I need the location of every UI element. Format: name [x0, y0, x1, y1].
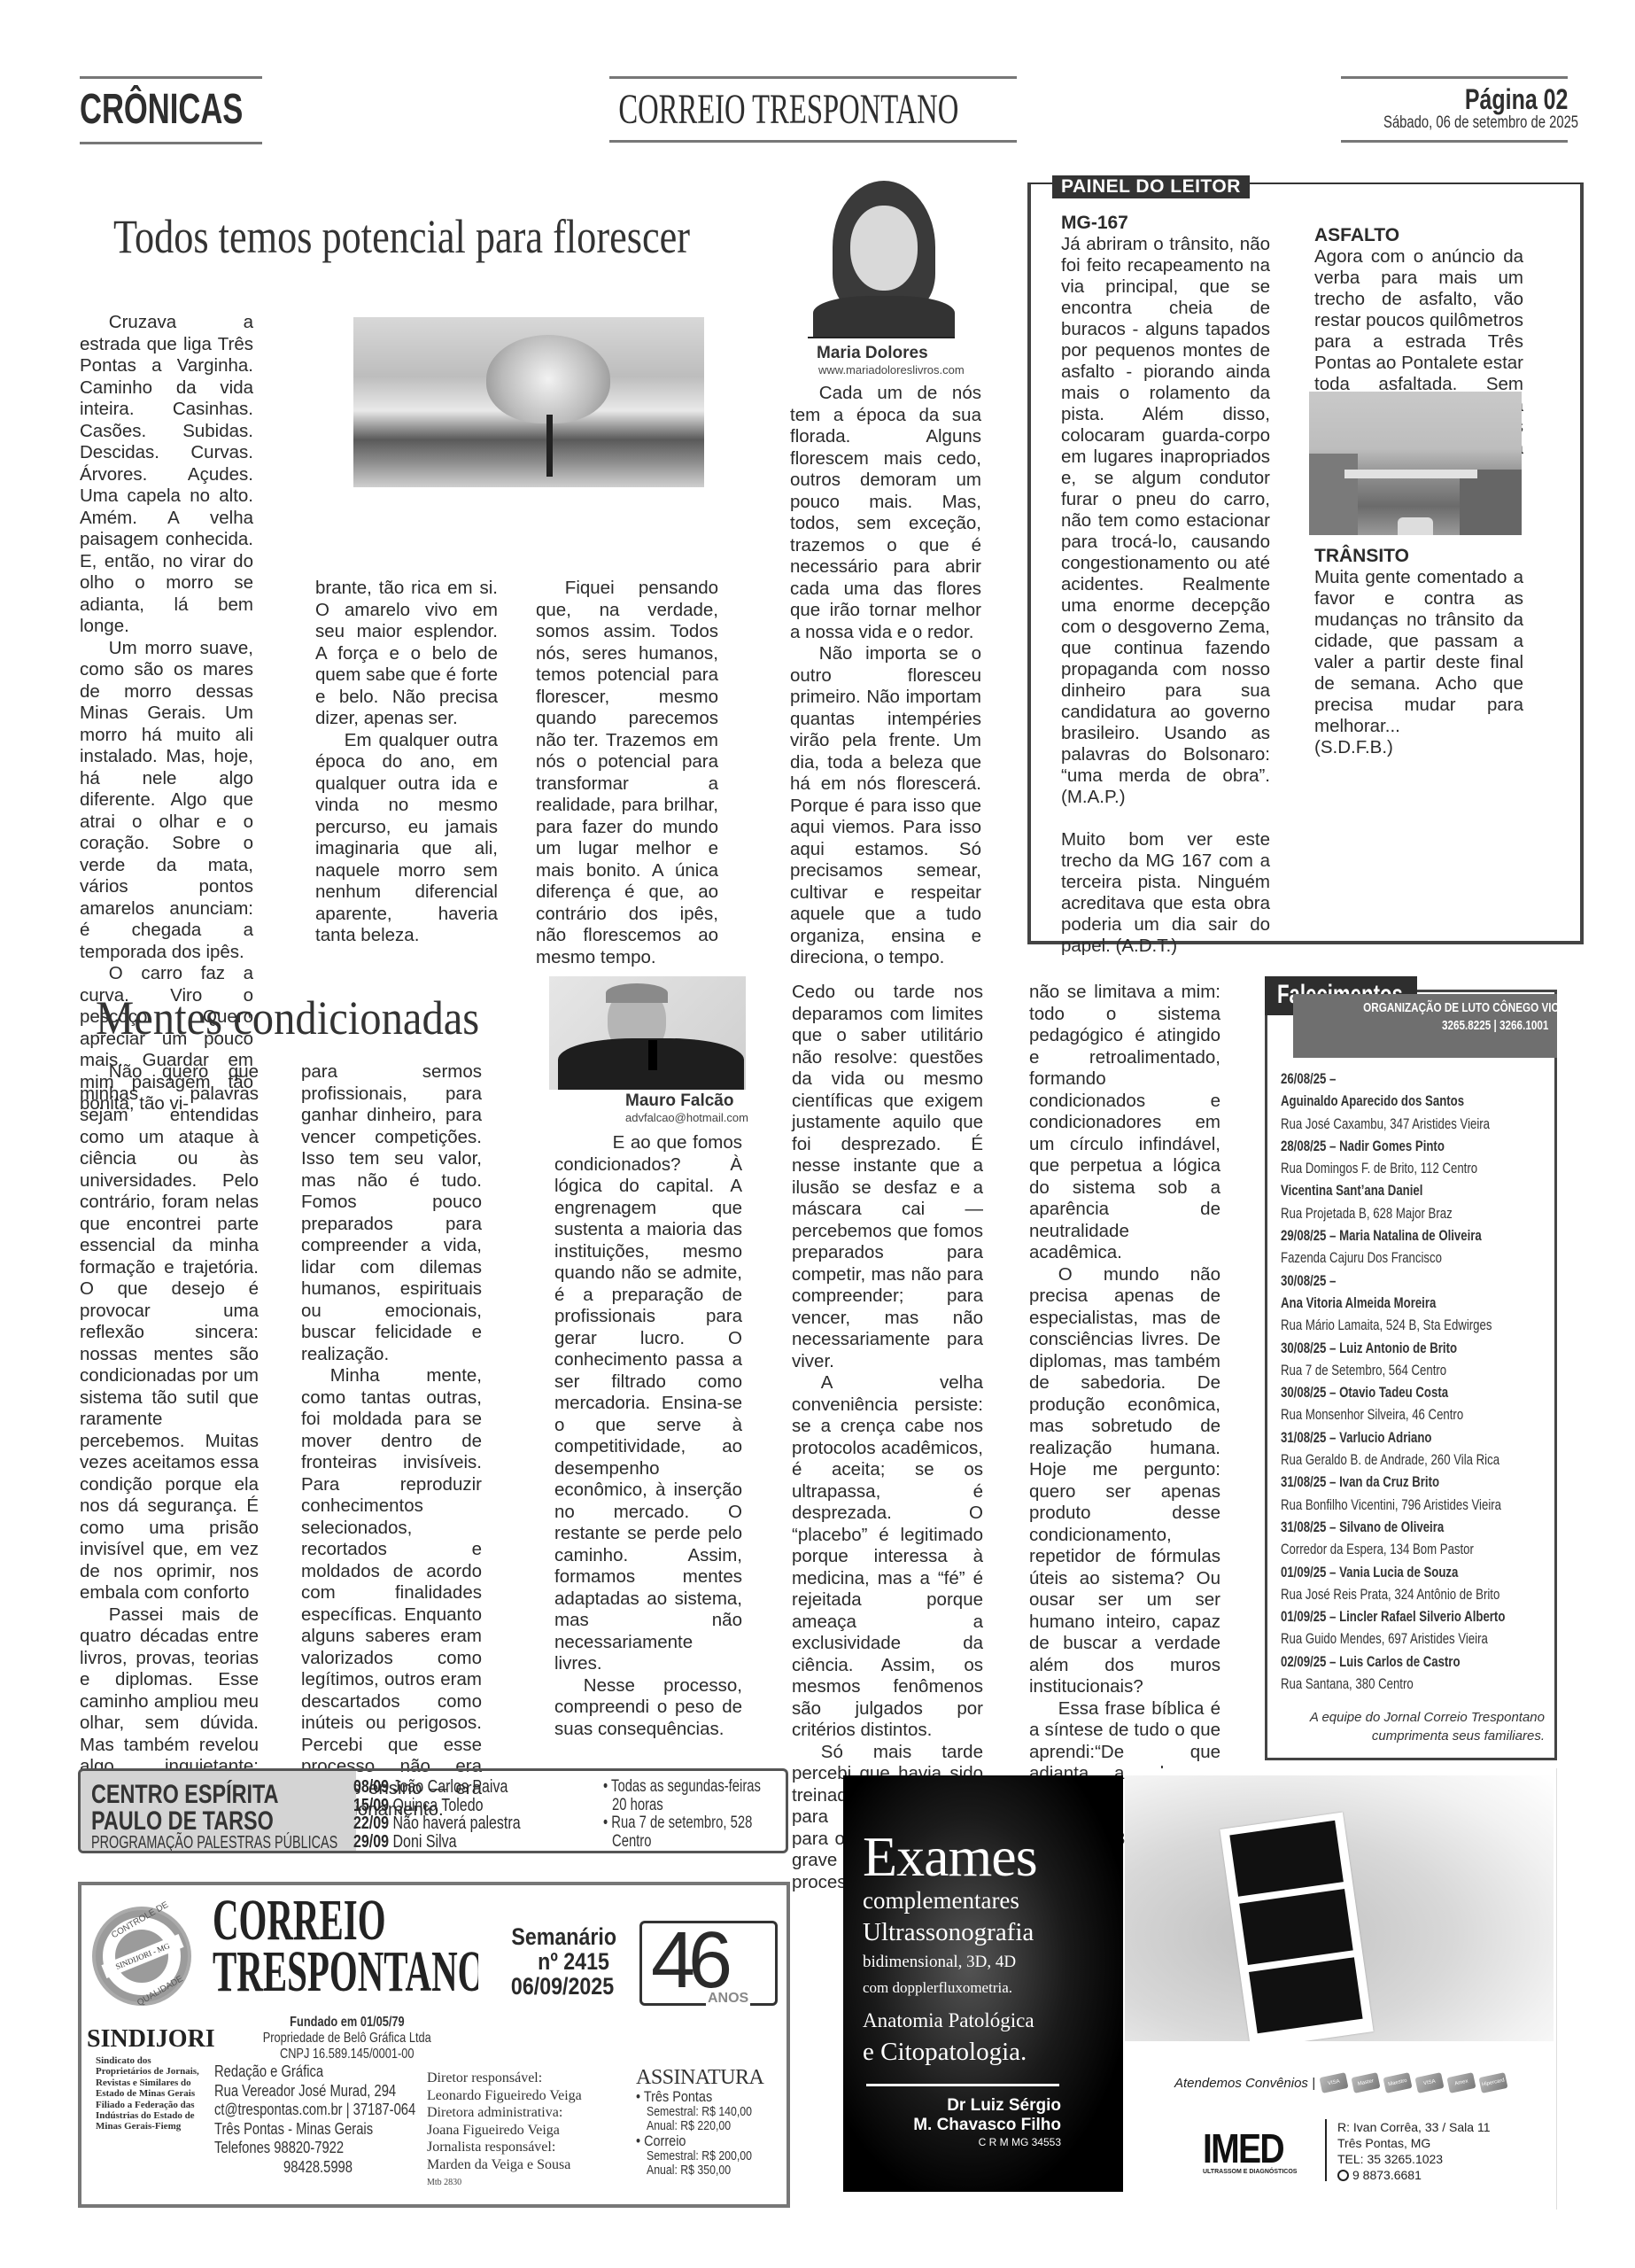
sub-price: Semestral: R$ 200,00	[647, 2149, 752, 2163]
staff-line: Diretor responsável:	[427, 2070, 613, 2087]
obituary-date: 30/08/25 –	[1281, 1385, 1336, 1401]
info-line: • Rua 7 de setembro, 528	[603, 1814, 752, 1833]
paragraph: Cada um de nós tem a época da sua florad…	[790, 383, 981, 643]
issue-date: 06/09/2025	[511, 1974, 614, 1999]
obituary-entry: 31/08/25 – Silvano de OliveiraCorredor d…	[1281, 1517, 1555, 1562]
obituary-name-line: 30/08/25 – Otavio Tadeu Costa	[1281, 1382, 1555, 1404]
ad-line: e Citopatologia.	[863, 2036, 1075, 2068]
ad-line: bidimensional, 3D, 4D	[863, 1949, 1075, 1976]
obituary-name-line: 30/08/25 – Luiz Antonio de Brito	[1281, 1338, 1555, 1360]
newsroom-line: Telefones 98820-7922	[214, 2139, 344, 2158]
obituary-address: Rua Projetada B, 628 Major Braz	[1281, 1203, 1555, 1225]
obituary-entry: 26/08/25 –Aguinaldo Aparecido dos Santos…	[1281, 1068, 1555, 1136]
author2-byline: Mauro Falcão advfalcao@hotmail.com	[620, 1091, 746, 1124]
spiritist-subtitle: PROGRAMAÇÃO PALESTRAS PÚBLICAS	[91, 1833, 337, 1853]
sub-region-name: Correio	[644, 2132, 686, 2149]
lecture-date: 22/09	[353, 1814, 389, 1833]
obituary-name-line: 01/09/25 – Vania Lucia de Souza	[1281, 1562, 1555, 1584]
obituary-name-line: 31/08/25 – Ivan da Cruz Brito	[1281, 1472, 1555, 1494]
masthead-rule	[80, 76, 262, 79]
obituary-entry: 30/08/25 –Ana Vitoria Almeida MoreiraRua…	[1281, 1270, 1555, 1338]
card-logos: VISAMasterMaestroVISAAmexHipercard	[1321, 2075, 1507, 2091]
doctor-name: M. Chavasco Filho	[861, 2116, 1061, 2135]
obituary-address-text: Corredor da Espera, 134 Bom Pastor	[1281, 1539, 1474, 1561]
whatsapp-number: 9 8873.6681	[1352, 2168, 1422, 2182]
newsroom-line: Três Pontas - Minas Gerais	[214, 2120, 373, 2140]
page-number: Página 02	[1464, 83, 1568, 116]
obituary-entry: 02/09/25 – Luis Carlos de CastroRua Sant…	[1281, 1651, 1555, 1697]
info-text: 20 horas	[612, 1797, 663, 1815]
doctor-crm: C R M MG 34553	[861, 2135, 1061, 2149]
doctor-name: Dr Luiz Sérgio	[861, 2096, 1061, 2116]
obituary-name: Silvano de Oliveira	[1339, 1519, 1444, 1535]
author-photo-maria-dolores	[808, 179, 955, 338]
obituary-name: Maria Natalina de Oliveira	[1339, 1228, 1482, 1244]
obituary-name-line: Aguinaldo Aparecido dos Santos	[1281, 1091, 1555, 1113]
ad-headline-block: Exames complementares Ultrassonografia b…	[863, 1829, 1075, 2068]
page-date: Sábado, 06 de setembro de 2025	[1383, 113, 1578, 133]
obituary-name-line: 31/08/25 – Silvano de Oliveira	[1281, 1517, 1555, 1539]
imed-logo: IMED ULTRASSOM E DIAGNÓSTICOS	[1203, 2128, 1318, 2175]
obituary-address-text: Rua José Reis Prata, 324 Antônio de Brit…	[1281, 1584, 1499, 1606]
obituaries-footer: A equipe do Jornal Correio Trespontano c…	[1275, 1708, 1545, 1745]
paragraph: Um morro suave, como são os mares de mor…	[80, 638, 253, 964]
credit-card-icon: Maestro	[1383, 2072, 1412, 2093]
obituary-name-line: 30/08/25 –	[1281, 1270, 1555, 1293]
paragraph: Nesse processo, compreendi o peso de sua…	[554, 1675, 742, 1741]
insurance-label: Atendemos Convênios |	[1174, 2076, 1315, 2091]
anniversary-label: ANOS	[706, 1991, 750, 2007]
obituary-entry: 28/08/25 – Nadir Gomes PintoRua Domingos…	[1281, 1136, 1555, 1181]
subscription-info: ASSINATURA • Três Pontas Semestral: R$ 1…	[636, 2066, 787, 2178]
funeral-home-name: ORGANIZAÇÃO DE LUTO CÔNEGO VICTOR	[1363, 999, 1580, 1017]
obituary-name: Nadir Gomes Pinto	[1339, 1138, 1445, 1154]
article2-col1: Não quero que minhas palavras sejam ente…	[80, 1061, 259, 1799]
obituary-name: Aguinaldo Aparecido dos Santos	[1281, 1093, 1464, 1109]
obituary-address: Rua José Reis Prata, 324 Antônio de Brit…	[1281, 1584, 1555, 1606]
newsroom-contact: Redação e GráficaRua Vereador José Murad…	[214, 2062, 418, 2177]
article1-col2: brante, tão rica em si. O amarelo vivo e…	[315, 578, 498, 947]
author-byline: Maria Dolores www.mariadoloreslivros.com	[817, 344, 965, 377]
staff-line: Diretora administrativa:	[427, 2104, 613, 2122]
spiritist-title-line: CENTRO ESPÍRITA	[91, 1780, 278, 1810]
lecture-speaker: Doni Silva	[393, 1832, 457, 1852]
lecture-speaker: Não haverá palestra	[393, 1814, 521, 1833]
street-transit-photo	[1309, 392, 1522, 535]
newsroom-line: ct@trespontas.com.br | 37187-064	[214, 2101, 415, 2120]
section-title: CRÔNICAS	[80, 85, 243, 134]
info-text: Centro	[612, 1833, 651, 1852]
obituary-name: Varlucio Adriano	[1339, 1430, 1431, 1446]
lecture-row: 08/09 João Carlos Paiva	[353, 1778, 531, 1797]
obituary-address: Rua Geraldo B. de Andrade, 260 Vila Rica	[1281, 1449, 1555, 1472]
sindijori-desc-line: Sindicato dos	[96, 2055, 211, 2066]
paragraph: E ao que fomos condicionados? À lógica d…	[554, 1132, 742, 1675]
anniversary-badge: 46 ANOS	[639, 1921, 778, 2006]
credit-card-icon: Master	[1351, 2072, 1380, 2093]
obituary-name-line: 02/09/25 – Luis Carlos de Castro	[1281, 1651, 1555, 1674]
ad-title: Exames	[863, 1829, 1075, 1885]
obituary-address-text: Rua José Caxambu, 347 Aristides Vieira	[1281, 1114, 1490, 1136]
obituary-address: Rua Mário Lamaita, 524 B, Sta Edwirges	[1281, 1315, 1555, 1337]
paragraph: não se limitava a mim: todo o sistema pe…	[1029, 982, 1220, 1264]
obituary-name-line: 26/08/25 –	[1281, 1068, 1555, 1091]
staff-line: Joana Figueiredo Veiga	[427, 2122, 613, 2140]
article2-col5: não se limitava a mim: todo o sistema pe…	[1029, 982, 1220, 1850]
paragraph: Não quero que minhas palavras sejam ente…	[80, 1061, 259, 1604]
obituary-list: 26/08/25 –Aguinaldo Aparecido dos Santos…	[1281, 1068, 1555, 1696]
obituary-address-text: Fazenda Cajuru Dos Francisco	[1281, 1247, 1442, 1270]
obituary-name-line: 31/08/25 – Varlucio Adriano	[1281, 1427, 1555, 1449]
spiritist-title-line: PAULO DE TARSO	[91, 1806, 274, 1837]
masthead-rule	[1341, 76, 1568, 79]
obituary-address: Fazenda Cajuru Dos Francisco	[1281, 1247, 1555, 1270]
paragraph: para sermos profissionais, para ganhar d…	[301, 1061, 482, 1365]
newsroom-line: 98428.5998	[283, 2158, 353, 2178]
ad-doctor: Dr Luiz Sérgio M. Chavasco Filho C R M M…	[861, 2096, 1061, 2149]
imed-whatsapp: 9 8873.6681	[1337, 2167, 1491, 2183]
credit-card-icon: Hipercard	[1478, 2072, 1507, 2093]
obituary-address-text: Rua Bonfilho Vicentini, 796 Aristides Vi…	[1281, 1495, 1501, 1517]
obituaries-footer-line: A equipe do Jornal Correio Trespontano	[1275, 1708, 1545, 1727]
obituary-name: Luiz Antonio de Brito	[1339, 1340, 1457, 1356]
ad-line: Ultrassonografia	[863, 1915, 1075, 1949]
sindijori-desc-line: Estado de Minas Gerais	[96, 2088, 211, 2099]
section-title-wrap: CRÔNICAS	[80, 85, 266, 138]
spiritist-center-title: CENTRO ESPÍRITA PAULO DE TARSO PROGRAMAÇ…	[91, 1780, 357, 1853]
letter-text: Muito bom ver este trecho da MG 167 com …	[1061, 829, 1270, 957]
obituary-name-line: Ana Vitoria Almeida Moreira	[1281, 1293, 1555, 1315]
letter-text: Muita gente comentado a favor e contra a…	[1314, 567, 1523, 737]
credit-card-icon: Amex	[1446, 2072, 1476, 2093]
lecture-speaker: João Carlos Paiva	[393, 1777, 508, 1797]
sindijori-desc-line: Proprietários de Jornais,	[96, 2066, 211, 2077]
founded-date: Fundado em 01/05/79	[290, 2015, 404, 2031]
obituary-date: 31/08/25 –	[1281, 1430, 1336, 1446]
obituary-name: Luis Carlos de Castro	[1339, 1654, 1460, 1670]
ad-line: complementares	[863, 1885, 1075, 1915]
info-text: Rua 7 de setembro, 528	[611, 1814, 752, 1832]
page-info: Página 02 Sábado, 06 de setembro de 2025	[1329, 83, 1568, 133]
masthead-rule	[1341, 140, 1568, 143]
obituary-address: Rua Guido Mendes, 697 Aristides Vieira	[1281, 1628, 1555, 1651]
imed-address: R: Ivan Corrêa, 33 / Sala 11	[1337, 2119, 1491, 2135]
paper-name: CORREIO TRESPONTANO	[618, 85, 958, 134]
lecture-row: 29/09 Doni Silva	[353, 1833, 531, 1852]
ipe-tree-photo	[353, 317, 704, 487]
paragraph: Cedo ou tarde nos deparamos com limites …	[792, 982, 983, 1372]
obituary-entry: Vicentina Sant’ana DanielRua Projetada B…	[1281, 1180, 1555, 1225]
info-line: • Todas as segundas-feiras	[603, 1778, 761, 1797]
obituary-entry: 01/09/25 – Vania Lucia de SouzaRua José …	[1281, 1562, 1555, 1607]
obituary-address-text: Rua Geraldo B. de Andrade, 260 Vila Rica	[1281, 1449, 1499, 1472]
imed-city: Três Pontas, MG	[1337, 2135, 1491, 2151]
obituary-address-text: Rua 7 de Setembro, 564 Centro	[1281, 1360, 1446, 1382]
lecture-date: 08/09	[353, 1777, 389, 1797]
obituary-address: Corredor da Espera, 134 Bom Pastor	[1281, 1539, 1555, 1561]
masthead-rule	[609, 76, 1017, 79]
letter-text: Já abriram o trânsito, não foi feito rec…	[1061, 234, 1270, 808]
imed-phone: TEL: 35 3265.1023	[1337, 2151, 1491, 2167]
paragraph: Em qualquer outra época do ano, em qualq…	[315, 730, 498, 947]
obituary-date: 01/09/25 –	[1281, 1565, 1336, 1581]
obituary-entry: 31/08/25 – Varlucio AdrianoRua Geraldo B…	[1281, 1427, 1555, 1472]
credit-card-icon: VISA	[1319, 2072, 1348, 2093]
owner: Propriedade de Belô Gráfica Ltda	[263, 2031, 431, 2047]
painel-col2b: TRÂNSITO Muita gente comentado a favor e…	[1314, 546, 1523, 758]
sub-region: • Correio	[636, 2133, 686, 2149]
obituary-entry: 01/09/25 – Lincler Rafael Silverio Alber…	[1281, 1606, 1555, 1651]
ad-line: Anatomia Patológica	[863, 2006, 1075, 2036]
letter-title: TRÂNSITO	[1314, 546, 1523, 567]
obituary-date: 26/08/25 –	[1281, 1071, 1336, 1087]
article1-col4: Cada um de nós tem a época da sua florad…	[790, 383, 981, 969]
article2-col4: Cedo ou tarde nos deparamos com limites …	[792, 982, 983, 1893]
funeral-home-phones: 3265.8225 | 3266.1001	[1442, 1017, 1548, 1035]
obituary-date: 01/09/25 –	[1281, 1609, 1336, 1625]
author-name: Mauro Falcão	[625, 1091, 746, 1111]
letter-title: MG-167	[1061, 213, 1270, 234]
spiritist-info: • Todas as segundas-feiras 20 horas • Ru…	[603, 1778, 788, 1851]
obituary-entry: 31/08/25 – Ivan da Cruz BritoRua Bonfilh…	[1281, 1472, 1555, 1517]
obituary-address-text: Rua Santana, 380 Centro	[1281, 1674, 1414, 1696]
quality-seal: SINDIJORI - MG CONTROLE DE QUALIDADE	[92, 1907, 191, 2006]
obituary-name: Vania Lucia de Souza	[1339, 1565, 1458, 1581]
obituary-address-text: Rua Monsenhor Silveira, 46 Centro	[1281, 1404, 1463, 1426]
author-name: Maria Dolores	[817, 344, 965, 363]
masthead-rule	[80, 142, 262, 144]
article2-col2: para sermos profissionais, para ganhar d…	[301, 1061, 482, 1821]
obituary-name: Ana Vitoria Almeida Moreira	[1281, 1295, 1436, 1311]
author-email[interactable]: advfalcao@hotmail.com	[625, 1111, 746, 1124]
paragraph: Cruzava a estrada que liga Três Pontas a…	[80, 312, 253, 638]
obituary-address: Rua José Caxambu, 347 Aristides Vieira	[1281, 1114, 1555, 1136]
lecture-speaker: Quinca Toledo	[393, 1796, 484, 1815]
paragraph: O mundo não precisa apenas de especialis…	[1029, 1264, 1220, 1698]
sindijori-desc-line: Filiado a Federação das	[96, 2100, 211, 2110]
obituary-name-line: Vicentina Sant’ana Daniel	[1281, 1180, 1555, 1202]
author-photo-mauro-falcao	[549, 976, 746, 1090]
weekly-label: Semanário	[511, 1924, 616, 1949]
newsroom-line: Redação e Gráfica	[214, 2062, 323, 2082]
obituary-date: 30/08/25 –	[1281, 1340, 1336, 1356]
staff-line: Jornalista responsável:	[427, 2139, 613, 2156]
newsroom-line: Rua Vereador José Murad, 294	[214, 2082, 396, 2101]
article1-headline: Todos temos potencial para florescer	[113, 209, 690, 264]
logo-line: TRESPONTANO	[213, 1946, 478, 1997]
paragraph: Minha mente, como tantas outras, foi mol…	[301, 1365, 482, 1821]
obituary-date: 02/09/25 –	[1281, 1654, 1336, 1670]
paper-name-wrap: CORREIO TRESPONTANO	[609, 85, 1017, 138]
paragraph: Não importa se o outro floresceu primeir…	[790, 643, 981, 969]
painel-do-leitor-title: PAINEL DO LEITOR	[1052, 175, 1250, 198]
obituary-name: Ivan da Cruz Brito	[1339, 1474, 1439, 1490]
imed-contact: R: Ivan Corrêa, 33 / Sala 11 Três Pontas…	[1337, 2119, 1491, 2183]
obituary-address-text: Rua Domingos F. de Brito, 112 Centro	[1281, 1158, 1477, 1180]
obituary-date: 30/08/25 –	[1281, 1273, 1336, 1289]
obituary-address: Rua Domingos F. de Brito, 112 Centro	[1281, 1158, 1555, 1180]
sindijori-title: SINDIJORI	[87, 2025, 215, 2054]
sub-price: Semestral: R$ 140,00	[647, 2105, 752, 2119]
obituary-address-text: Rua Projetada B, 628 Major Braz	[1281, 1203, 1453, 1225]
lecture-schedule: 08/09 João Carlos Paiva15/09 Quinca Tole…	[353, 1778, 531, 1851]
obituary-address: Rua Monsenhor Silveira, 46 Centro	[1281, 1404, 1555, 1426]
obituaries-footer-line: cumprimenta seus familiares.	[1275, 1727, 1545, 1745]
brand-name: IMED	[1203, 2128, 1301, 2169]
funeral-home-banner: ORGANIZAÇÃO DE LUTO CÔNEGO VICTOR 3265.8…	[1293, 994, 1557, 1058]
obituary-address-text: Rua Guido Mendes, 697 Aristides Vieira	[1281, 1628, 1488, 1651]
whatsapp-icon	[1337, 2170, 1349, 2181]
sindijori-desc-line: Indústrias do Estado de	[96, 2110, 211, 2121]
subscription-title: ASSINATURA	[636, 2066, 787, 2089]
obituary-address: Rua Santana, 380 Centro	[1281, 1674, 1555, 1696]
painel-col1: MG-167 Já abriram o trânsito, não foi fe…	[1061, 213, 1270, 957]
obituary-address: Rua 7 de Setembro, 564 Centro	[1281, 1360, 1555, 1382]
insurance-row: Atendemos Convênios | VISAMasterMaestroV…	[1174, 2075, 1507, 2091]
obituary-entry: 30/08/25 – Luiz Antonio de BritoRua 7 de…	[1281, 1338, 1555, 1383]
article2-headline: Mentes condicionadas	[96, 990, 479, 1045]
imed-advertisement: Atendemos Convênios | VISAMasterMaestroV…	[1125, 1768, 1557, 2210]
author-website[interactable]: www.mariadoloreslivros.com	[818, 363, 965, 377]
obituary-name-line: 01/09/25 – Lincler Rafael Silverio Alber…	[1281, 1606, 1555, 1628]
spiritist-center-box: CENTRO ESPÍRITA PAULO DE TARSO PROGRAMAÇ…	[78, 1768, 788, 1853]
pregnancy-ultrasound-photo	[1125, 1775, 1554, 2041]
obituary-name: Vicentina Sant’ana Daniel	[1281, 1183, 1422, 1199]
staff-line: Leonardo Figueiredo Veiga	[427, 2087, 613, 2105]
letter-signature: (S.D.F.B.)	[1314, 737, 1523, 758]
letter-title: ASFALTO	[1314, 225, 1523, 246]
obituary-entry: 30/08/25 – Otavio Tadeu CostaRua Monsenh…	[1281, 1382, 1555, 1427]
founding-info: Fundado em 01/05/79 Propriedade de Belô …	[214, 2015, 480, 2062]
ad-separator	[1325, 2119, 1327, 2181]
obituary-date: 29/08/25 –	[1281, 1228, 1336, 1244]
obituary-name-line: 28/08/25 – Nadir Gomes Pinto	[1281, 1136, 1555, 1158]
obituary-name: Lincler Rafael Silverio Alberto	[1339, 1609, 1505, 1625]
obituary-date: 28/08/25 –	[1281, 1138, 1336, 1154]
issue-number: nº 2415	[538, 1949, 609, 1974]
lecture-date: 15/09	[353, 1796, 389, 1815]
obituary-date: 31/08/25 –	[1281, 1474, 1336, 1490]
obituary-name: Otavio Tadeu Costa	[1339, 1385, 1448, 1401]
info-text: Todas as segundas-feiras	[611, 1777, 761, 1796]
obituary-address: Rua Bonfilho Vicentini, 796 Aristides Vi…	[1281, 1495, 1555, 1517]
credit-card-icon: VISA	[1414, 2072, 1444, 2093]
sub-region-name: Três Pontas	[644, 2088, 712, 2105]
sindijori-desc-line: Revistas e Similares do	[96, 2078, 211, 2088]
masthead-rule	[609, 140, 1017, 143]
staff-list: Diretor responsável:Leonardo Figueiredo …	[427, 2070, 613, 2173]
obituary-address-text: Rua Mário Lamaita, 524 B, Sta Edwirges	[1281, 1315, 1492, 1337]
staff-line: Marden da Veiga e Sousa	[427, 2156, 613, 2174]
article1-col3: Fiquei pensando que, na verdade, somos a…	[536, 578, 718, 968]
lecture-row: 15/09 Quinca Toledo	[353, 1797, 531, 1815]
paragraph: Fiquei pensando que, na verdade, somos a…	[536, 578, 718, 968]
lecture-row: 22/09 Não haverá palestra	[353, 1814, 531, 1833]
ad-divider	[866, 2084, 1059, 2086]
issue-info: Semanário nº 2415 06/09/2025	[494, 1924, 609, 1999]
paper-logo: CORREIO TRESPONTANO	[213, 1894, 478, 1997]
obituary-name-line: 29/08/25 – Maria Natalina de Oliveira	[1281, 1225, 1555, 1247]
sindijori-desc: Sindicato dosProprietários de Jornais,Re…	[96, 2055, 211, 2132]
exams-advertisement: Exames complementares Ultrassonografia b…	[843, 1775, 1123, 2192]
mtb: Mtb 2830	[427, 2178, 461, 2187]
cnpj: CNPJ 16.589.145/0001-00	[280, 2047, 415, 2062]
paragraph: brante, tão rica em si. O amarelo vivo e…	[315, 578, 498, 730]
obituary-entry: 29/08/25 – Maria Natalina de OliveiraFaz…	[1281, 1225, 1555, 1270]
paragraph: A velha conveniência persiste: se a cren…	[792, 1372, 983, 1742]
sub-price: Anual: R$ 350,00	[647, 2163, 731, 2178]
article2-col3: E ao que fomos condicionados? À lógica d…	[554, 1132, 742, 1740]
sub-price: Anual: R$ 220,00	[647, 2119, 731, 2133]
ad-line: com dopplerfluxometria.	[863, 1976, 1075, 2000]
obituary-date: 31/08/25 –	[1281, 1519, 1336, 1535]
sindijori-desc-line: Minas Gerais-Fiemg	[96, 2121, 211, 2132]
masthead-box: SINDIJORI - MG CONTROLE DE QUALIDADE COR…	[78, 1882, 790, 2208]
sub-region: • Três Pontas	[636, 2089, 712, 2105]
lecture-date: 29/09	[353, 1832, 389, 1852]
